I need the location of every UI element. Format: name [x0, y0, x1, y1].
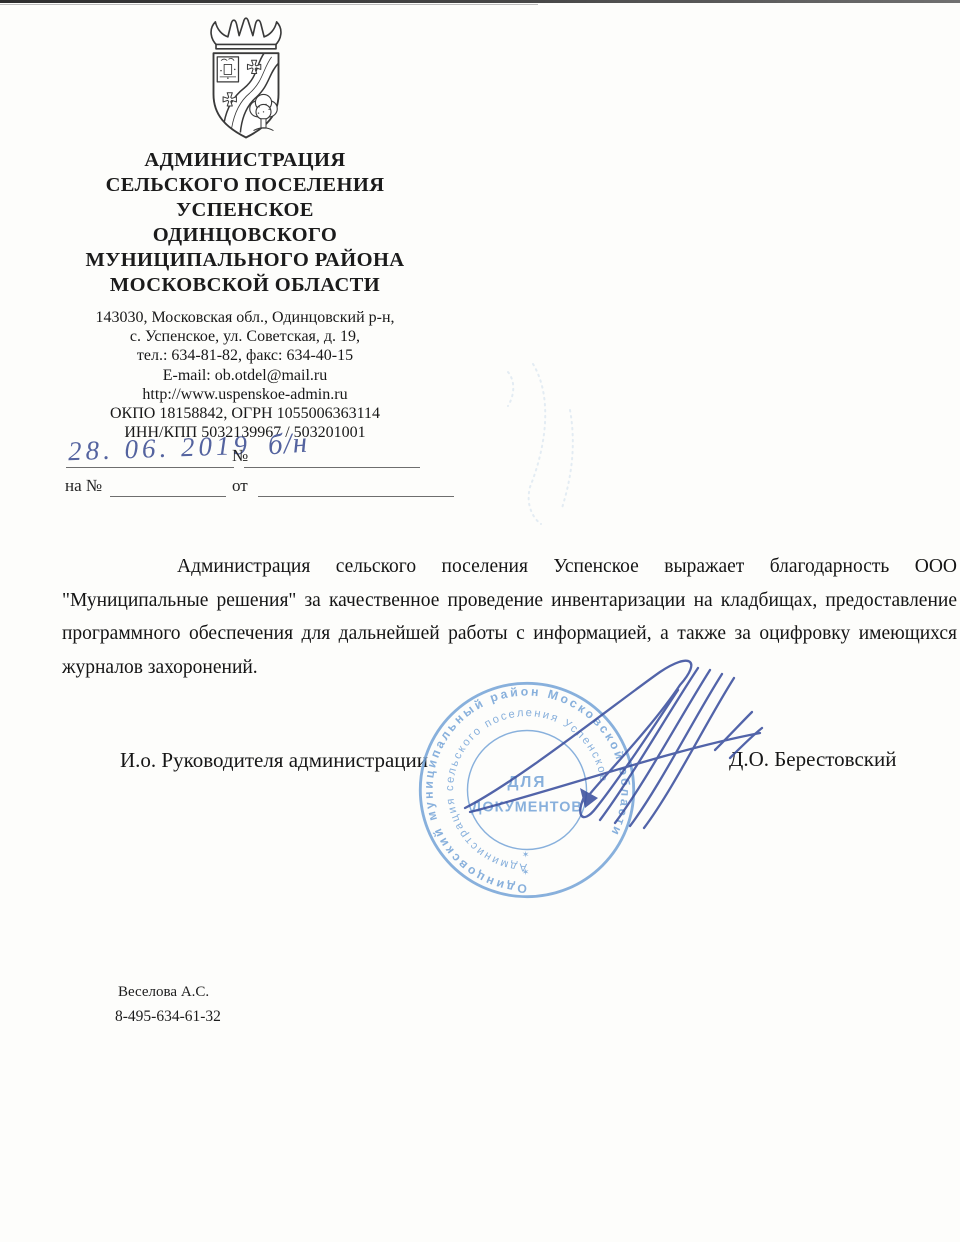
address-line: тел.: 634-81-82, факс: 634-40-15: [38, 346, 452, 365]
email-line: E-mail: ob.otdel@mail.ru: [38, 366, 452, 385]
reply-date-label: от: [232, 476, 248, 496]
handwritten-number: б/н: [267, 427, 309, 463]
scan-edge-artifact-thin: [0, 4, 538, 5]
org-line: МУНИЦИПАЛЬНОГО РАЙОНА: [38, 248, 452, 273]
reply-date-underline: [258, 496, 454, 497]
org-requisites-block: 143030, Московская обл., Одинцовский р-н…: [38, 308, 452, 442]
address-line: с. Успенское, ул. Советская, д. 19,: [38, 327, 452, 346]
crown: [211, 18, 281, 46]
org-line: СЕЛЬСКОГО ПОСЕЛЕНИЯ: [38, 173, 452, 198]
executor-phone: 8-495-634-61-32: [115, 1008, 221, 1026]
signatory-title: И.о. Руководителя администрации: [120, 748, 428, 773]
number-underline: [244, 467, 420, 468]
org-line: АДМИНИСТРАЦИЯ: [38, 148, 452, 173]
okpo-ogrn-line: ОКПО 18158842, ОГРН 1055006363114: [38, 404, 452, 423]
executor-name: Веселова А.С.: [118, 984, 209, 1001]
date-underline: [66, 467, 234, 468]
scan-edge-artifact: [0, 0, 960, 3]
ink-bleed-ghost-marks: [478, 352, 648, 537]
org-line: МОСКОВСКОЙ ОБЛАСТИ: [38, 273, 452, 298]
org-line: ОДИНЦОВСКОГО: [38, 223, 452, 248]
reply-number-underline: [110, 496, 226, 497]
handwritten-signature: [430, 630, 775, 855]
coat-of-arms: [196, 14, 296, 146]
org-name-block: АДМИНИСТРАЦИЯ СЕЛЬСКОГО ПОСЕЛЕНИЯ УСПЕНС…: [38, 148, 452, 298]
org-line: УСПЕНСКОЕ: [38, 198, 452, 223]
stamp-separator-star: ✶: [522, 867, 530, 877]
reply-number-label: на №: [65, 476, 102, 496]
website-line: http://www.uspenskoe-admin.ru: [38, 385, 452, 404]
address-line: 143030, Московская обл., Одинцовский р-н…: [38, 308, 452, 327]
handwritten-date: 28. 06. 2019: [68, 430, 252, 467]
number-label: №: [232, 446, 248, 466]
scanned-letter-page: АДМИНИСТРАЦИЯ СЕЛЬСКОГО ПОСЕЛЕНИЯ УСПЕНС…: [0, 0, 960, 1242]
